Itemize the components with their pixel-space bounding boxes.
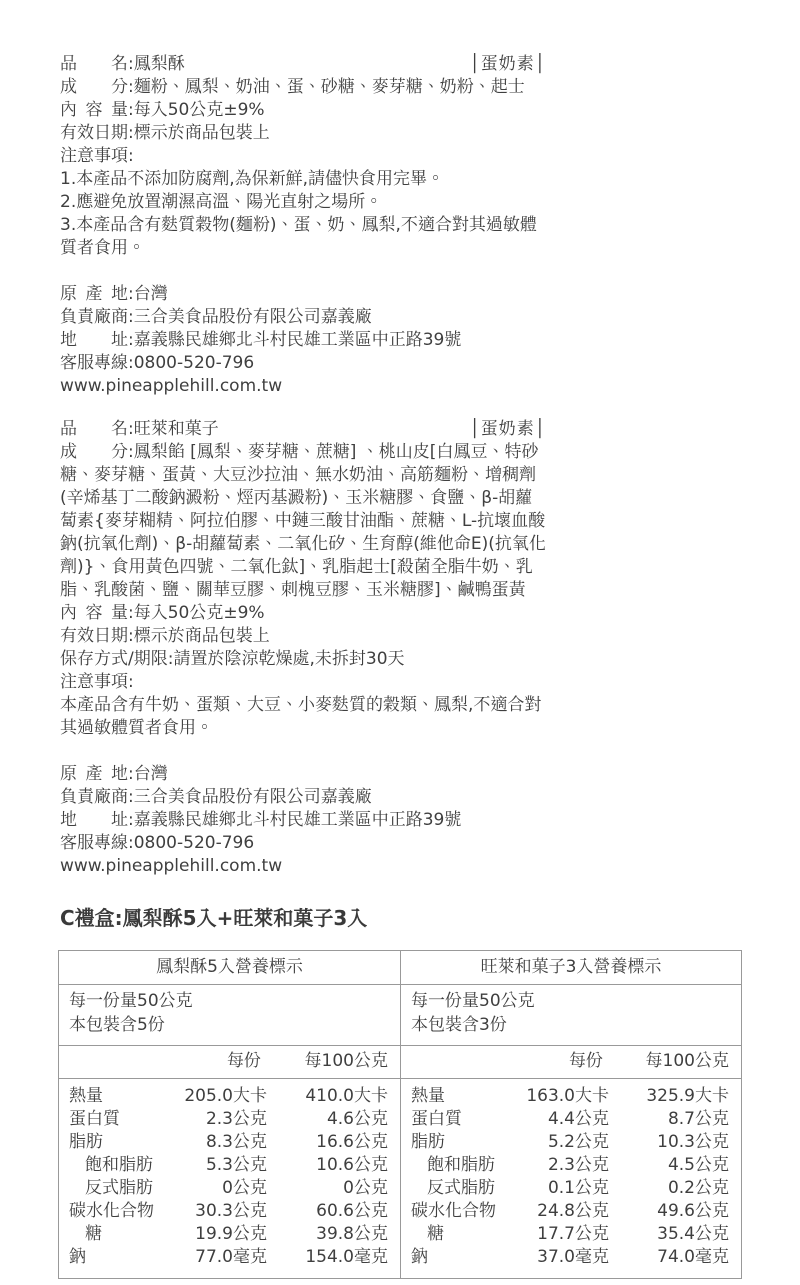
website-text: www.pineapplehill.com.tw bbox=[60, 855, 546, 878]
nutrition-row: 熱量205.0大卡410.0大卡 bbox=[69, 1085, 388, 1108]
manufacturer-value: 三合美食品股份有限公司嘉義廠 bbox=[134, 787, 372, 807]
ingredients-value: 鳳梨餡 [鳳梨、麥芽糖、蔗糖] 、桃山皮[白鳳豆、特砂糖、麥芽糖、蛋黃、大豆沙拉… bbox=[60, 442, 546, 600]
hotline-value: 0800-520-796 bbox=[134, 833, 254, 853]
nutrient-label: 鈉 bbox=[69, 1246, 181, 1269]
value-per-100g: 410.0大卡 bbox=[267, 1085, 388, 1108]
col-header-per-serving: 每份 bbox=[165, 1050, 261, 1072]
field-label: 品名 bbox=[60, 418, 128, 441]
net-content-value: 每入50公克±9% bbox=[134, 603, 265, 623]
colon: : bbox=[128, 146, 134, 166]
note-line: 本產品含有牛奶、蛋類、大豆、小麥麩質的穀類、鳳梨,不適合對其過敏體質者食用。 bbox=[60, 694, 546, 740]
spacer bbox=[60, 398, 800, 418]
field-label: 有效日期 bbox=[60, 625, 128, 648]
column-headers: 每份 每100公克 bbox=[59, 1046, 400, 1079]
nutrient-label: 脂肪 bbox=[69, 1131, 181, 1154]
hotline-value: 0800-520-796 bbox=[134, 353, 254, 373]
nutrition-row: 碳水化合物30.3公克60.6公克 bbox=[69, 1200, 388, 1223]
value-per-100g: 16.6公克 bbox=[267, 1131, 388, 1154]
field-origin: 原產地:台灣 bbox=[60, 283, 546, 306]
table-title: 鳳梨酥5入營養標示 bbox=[59, 951, 400, 985]
value-per-100g: 49.6公克 bbox=[609, 1200, 729, 1223]
empty-cell bbox=[411, 1050, 507, 1072]
nutrient-label: 碳水化合物 bbox=[411, 1200, 523, 1223]
expiry-value: 標示於商品包裝上 bbox=[134, 626, 270, 646]
field-label: 負責廠商 bbox=[60, 306, 128, 329]
origin-value: 台灣 bbox=[134, 764, 168, 784]
storage-value: 請置於陰涼乾燥處,未拆封30天 bbox=[173, 649, 404, 669]
nutrition-row: 糖19.9公克39.8公克 bbox=[69, 1223, 388, 1246]
value-per-serving: 205.0大卡 bbox=[181, 1085, 267, 1108]
field-label: 注意事項 bbox=[60, 671, 128, 694]
field-label: 有效日期 bbox=[60, 122, 128, 145]
col-header-per-100g: 每100公克 bbox=[603, 1050, 729, 1072]
value-per-serving: 0公克 bbox=[181, 1177, 267, 1200]
servings-per-pack: 本包裝含3份 bbox=[411, 1013, 731, 1037]
vegetarian-badge: │蛋奶素│ bbox=[470, 53, 546, 76]
nutrient-label: 糖 bbox=[69, 1223, 181, 1246]
field-label: 地址 bbox=[60, 809, 128, 832]
colon: : bbox=[128, 672, 134, 692]
net-content-value: 每入50公克±9% bbox=[134, 100, 265, 120]
value-per-100g: 4.6公克 bbox=[267, 1108, 388, 1131]
expiry-value: 標示於商品包裝上 bbox=[134, 123, 270, 143]
nutrition-tables: 鳳梨酥5入營養標示 每一份量50公克 本包裝含5份 每份 每100公克 熱量20… bbox=[58, 950, 742, 1279]
field-label: 地址 bbox=[60, 329, 128, 352]
nutrient-label: 脂肪 bbox=[411, 1131, 523, 1154]
giftbox-title: C禮盒:鳳梨酥5入+旺萊和菓子3入 bbox=[60, 904, 800, 932]
nutrient-label: 蛋白質 bbox=[69, 1108, 181, 1131]
value-per-100g: 0公克 bbox=[267, 1177, 388, 1200]
value-per-100g: 0.2公克 bbox=[609, 1177, 729, 1200]
field-origin: 原產地:台灣 bbox=[60, 763, 546, 786]
value-per-serving: 37.0毫克 bbox=[523, 1246, 609, 1269]
value-per-100g: 154.0毫克 bbox=[267, 1246, 388, 1269]
field-notice-heading: 注意事項: bbox=[60, 145, 546, 168]
product-info-page: │蛋奶素│ 品名:鳳梨酥 成分:麵粉、鳳梨、奶油、蛋、砂糖、麥芽糖、奶粉、起士 … bbox=[0, 0, 800, 1279]
nutrition-row: 蛋白質2.3公克4.6公克 bbox=[69, 1108, 388, 1131]
serving-info: 每一份量50公克 本包裝含3份 bbox=[401, 985, 741, 1046]
field-ingredients: 成分:鳳梨餡 [鳳梨、麥芽糖、蔗糖] 、桃山皮[白鳳豆、特砂糖、麥芽糖、蛋黃、大… bbox=[60, 441, 546, 602]
field-label: 客服專線 bbox=[60, 352, 128, 375]
field-hotline: 客服專線:0800-520-796 bbox=[60, 832, 546, 855]
nutrition-row: 鈉37.0毫克74.0毫克 bbox=[411, 1246, 729, 1269]
value-per-100g: 74.0毫克 bbox=[609, 1246, 729, 1269]
field-product-name: │蛋奶素│ 品名:鳳梨酥 bbox=[60, 53, 546, 76]
value-per-100g: 10.6公克 bbox=[267, 1154, 388, 1177]
nutrition-row: 熱量163.0大卡325.9大卡 bbox=[411, 1085, 729, 1108]
value-per-serving: 30.3公克 bbox=[181, 1200, 267, 1223]
serving-size: 每一份量50公克 bbox=[69, 989, 390, 1013]
product-name-value: 鳳梨酥 bbox=[134, 54, 185, 74]
field-net-content: 內容量:每入50公克±9% bbox=[60, 99, 546, 122]
ingredients-value: 麵粉、鳳梨、奶油、蛋、砂糖、麥芽糖、奶粉、起士 bbox=[134, 77, 525, 97]
nutrition-row: 飽和脂肪2.3公克4.5公克 bbox=[411, 1154, 729, 1177]
column-headers: 每份 每100公克 bbox=[401, 1046, 741, 1079]
value-per-serving: 2.3公克 bbox=[181, 1108, 267, 1131]
nutrient-label: 鈉 bbox=[411, 1246, 523, 1269]
note-line: 3.本產品含有麩質穀物(麵粉)、蛋、奶、鳳梨,不適合對其過敏體質者食用。 bbox=[60, 214, 546, 260]
value-per-100g: 39.8公克 bbox=[267, 1223, 388, 1246]
value-per-100g: 4.5公克 bbox=[609, 1154, 729, 1177]
value-per-serving: 4.4公克 bbox=[523, 1108, 609, 1131]
field-label: 注意事項 bbox=[60, 145, 128, 168]
field-label: 內容量 bbox=[60, 99, 128, 122]
nutrition-row: 碳水化合物24.8公克49.6公克 bbox=[411, 1200, 729, 1223]
value-per-serving: 0.1公克 bbox=[523, 1177, 609, 1200]
nutrition-table-pineapple-wagashi: 旺萊和菓子3入營養標示 每一份量50公克 本包裝含3份 每份 每100公克 熱量… bbox=[400, 951, 741, 1278]
address-value: 嘉義縣民雄鄉北斗村民雄工業區中正路39號 bbox=[134, 810, 462, 830]
value-per-serving: 24.8公克 bbox=[523, 1200, 609, 1223]
value-per-100g: 325.9大卡 bbox=[609, 1085, 729, 1108]
nutrient-label: 反式脂肪 bbox=[69, 1177, 181, 1200]
field-product-name: │蛋奶素│ 品名:旺萊和菓子 bbox=[60, 418, 546, 441]
field-net-content: 內容量:每入50公克±9% bbox=[60, 602, 546, 625]
vegetarian-badge: │蛋奶素│ bbox=[470, 418, 546, 441]
product-section-pineapple-wagashi: │蛋奶素│ 品名:旺萊和菓子 成分:鳳梨餡 [鳳梨、麥芽糖、蔗糖] 、桃山皮[白… bbox=[60, 418, 546, 878]
table-body: 熱量163.0大卡325.9大卡 蛋白質4.4公克8.7公克 脂肪5.2公克10… bbox=[401, 1079, 741, 1278]
product-section-pineapple-cake: │蛋奶素│ 品名:鳳梨酥 成分:麵粉、鳳梨、奶油、蛋、砂糖、麥芽糖、奶粉、起士 … bbox=[60, 53, 546, 398]
nutrition-row: 脂肪8.3公克16.6公克 bbox=[69, 1131, 388, 1154]
field-hotline: 客服專線:0800-520-796 bbox=[60, 352, 546, 375]
spacer bbox=[60, 740, 546, 763]
field-label: 客服專線 bbox=[60, 832, 128, 855]
website-text: www.pineapplehill.com.tw bbox=[60, 375, 546, 398]
value-per-serving: 19.9公克 bbox=[181, 1223, 267, 1246]
nutrient-label: 飽和脂肪 bbox=[69, 1154, 181, 1177]
value-per-serving: 8.3公克 bbox=[181, 1131, 267, 1154]
field-expiry: 有效日期:標示於商品包裝上 bbox=[60, 122, 546, 145]
nutrition-row: 飽和脂肪5.3公克10.6公克 bbox=[69, 1154, 388, 1177]
col-header-per-serving: 每份 bbox=[507, 1050, 603, 1072]
field-manufacturer: 負責廠商:三合美食品股份有限公司嘉義廠 bbox=[60, 786, 546, 809]
serving-size: 每一份量50公克 bbox=[411, 989, 731, 1013]
spacer bbox=[60, 260, 546, 283]
serving-info: 每一份量50公克 本包裝含5份 bbox=[59, 985, 400, 1046]
field-label: 成分 bbox=[60, 76, 128, 99]
value-per-serving: 2.3公克 bbox=[523, 1154, 609, 1177]
nutrient-label: 熱量 bbox=[69, 1085, 181, 1108]
value-per-serving: 5.3公克 bbox=[181, 1154, 267, 1177]
field-storage: 保存方式/期限:請置於陰涼乾燥處,未拆封30天 bbox=[60, 648, 546, 671]
field-ingredients: 成分:麵粉、鳳梨、奶油、蛋、砂糖、麥芽糖、奶粉、起士 bbox=[60, 76, 546, 99]
value-per-serving: 5.2公克 bbox=[523, 1131, 609, 1154]
value-per-serving: 77.0毫克 bbox=[181, 1246, 267, 1269]
nutrient-label: 蛋白質 bbox=[411, 1108, 523, 1131]
field-label: 原產地 bbox=[60, 283, 128, 306]
col-header-per-100g: 每100公克 bbox=[261, 1050, 388, 1072]
nutrition-table-pineapple-cake: 鳳梨酥5入營養標示 每一份量50公克 本包裝含5份 每份 每100公克 熱量20… bbox=[59, 951, 400, 1278]
field-expiry: 有效日期:標示於商品包裝上 bbox=[60, 625, 546, 648]
nutrient-label: 碳水化合物 bbox=[69, 1200, 181, 1223]
address-value: 嘉義縣民雄鄉北斗村民雄工業區中正路39號 bbox=[134, 330, 462, 350]
servings-per-pack: 本包裝含5份 bbox=[69, 1013, 390, 1037]
empty-cell bbox=[69, 1050, 165, 1072]
field-label: 成分 bbox=[60, 441, 128, 464]
manufacturer-value: 三合美食品股份有限公司嘉義廠 bbox=[134, 307, 372, 327]
value-per-serving: 163.0大卡 bbox=[523, 1085, 609, 1108]
table-body: 熱量205.0大卡410.0大卡 蛋白質2.3公克4.6公克 脂肪8.3公克16… bbox=[59, 1079, 400, 1278]
value-per-100g: 10.3公克 bbox=[609, 1131, 729, 1154]
nutrition-row: 脂肪5.2公克10.3公克 bbox=[411, 1131, 729, 1154]
note-line: 1.本產品不添加防腐劑,為保新鮮,請儘快食用完畢。 bbox=[60, 168, 546, 191]
note-line: 2.應避免放置潮濕高溫、陽光直射之場所。 bbox=[60, 191, 546, 214]
value-per-serving: 17.7公克 bbox=[523, 1223, 609, 1246]
nutrient-label: 飽和脂肪 bbox=[411, 1154, 523, 1177]
value-per-100g: 35.4公克 bbox=[609, 1223, 729, 1246]
nutrient-label: 熱量 bbox=[411, 1085, 523, 1108]
field-label: 原產地 bbox=[60, 763, 128, 786]
field-label: 保存方式/期限 bbox=[60, 649, 168, 669]
nutrition-row: 反式脂肪0公克0公克 bbox=[69, 1177, 388, 1200]
origin-value: 台灣 bbox=[134, 284, 168, 304]
nutrient-label: 糖 bbox=[411, 1223, 523, 1246]
nutrition-row: 蛋白質4.4公克8.7公克 bbox=[411, 1108, 729, 1131]
nutrition-row: 反式脂肪0.1公克0.2公克 bbox=[411, 1177, 729, 1200]
value-per-100g: 8.7公克 bbox=[609, 1108, 729, 1131]
field-label: 負責廠商 bbox=[60, 786, 128, 809]
field-label: 品名 bbox=[60, 53, 128, 76]
value-per-100g: 60.6公克 bbox=[267, 1200, 388, 1223]
nutrition-row: 糖17.7公克35.4公克 bbox=[411, 1223, 729, 1246]
product-name-value: 旺萊和菓子 bbox=[134, 419, 219, 439]
table-title: 旺萊和菓子3入營養標示 bbox=[401, 951, 741, 985]
field-address: 地址:嘉義縣民雄鄉北斗村民雄工業區中正路39號 bbox=[60, 809, 546, 832]
field-label: 內容量 bbox=[60, 602, 128, 625]
nutrient-label: 反式脂肪 bbox=[411, 1177, 523, 1200]
field-address: 地址:嘉義縣民雄鄉北斗村民雄工業區中正路39號 bbox=[60, 329, 546, 352]
field-notice-heading: 注意事項: bbox=[60, 671, 546, 694]
field-manufacturer: 負責廠商:三合美食品股份有限公司嘉義廠 bbox=[60, 306, 546, 329]
nutrition-row: 鈉77.0毫克154.0毫克 bbox=[69, 1246, 388, 1269]
